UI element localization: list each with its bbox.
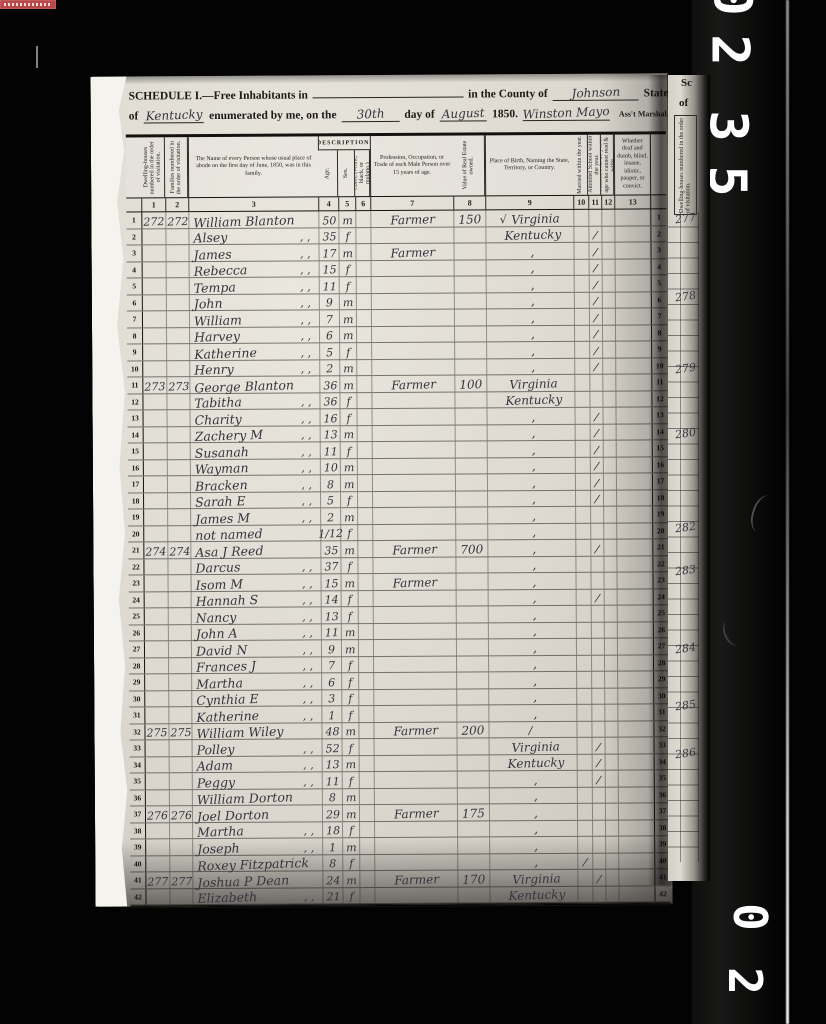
cell-age: 5 [327,494,334,507]
column-header-married: Married within the year. [573,135,588,195]
birth-text: , [532,427,536,440]
cell-sex: f [347,593,351,606]
row-number-left: 31 [129,707,144,723]
ditto-marks: , , [300,280,319,293]
birth-text: Virginia [512,212,561,227]
marshal-field: Winston Mayo [523,106,610,122]
row-number-left: 6 [127,295,142,311]
name-text: William [194,313,242,328]
cell-school-mark: / [593,229,598,242]
cell-color [358,690,373,706]
cell-age: 11 [322,280,336,293]
cell-school-mark: / [593,311,598,324]
cell-color [357,541,372,557]
cell-dwelling: 274 [144,545,166,559]
row-number-left: 3 [127,245,142,261]
name-text: William Blanton [193,213,295,229]
birth-text: , [534,774,538,787]
column-header-remarks: Whether deaf and dumb, blind, insane, id… [614,134,650,194]
ditto-marks: , , [301,362,320,375]
cell-sex: m [346,808,357,821]
ditto-marks: , , [302,560,321,573]
name-text: Katherine [194,345,257,360]
cell-color [356,294,371,310]
cell-color [359,822,374,838]
cell-remarks [615,308,651,324]
row-number-left: 42 [130,889,145,905]
month-field: August [440,106,488,121]
birth-text: , [532,477,536,490]
column-number: 13 [614,195,650,208]
cell-value: 170 [462,873,485,887]
census-page: SCHEDULE I.—Free Inhabitants in in the C… [92,73,672,906]
ditto-marks: , , [302,610,321,623]
cell-sex: f [346,395,350,408]
name-text: John A [196,626,238,640]
name-text: Joel Dorton [197,807,269,822]
cell-color [356,360,371,376]
column-header-dwelling: Dwelling-houses numbered in the order of… [141,137,165,197]
birth-text: , [531,328,535,341]
cell-color [357,442,372,458]
ditto-marks: , , [302,626,321,639]
table-rows: 1 272 272 William Blanton 50 m Farmer 15… [126,209,670,908]
birth-text: , [534,840,538,853]
cell-color [358,640,373,656]
left-margin-header [126,137,141,197]
cell-age: 9 [326,296,333,309]
cell-color [358,607,373,623]
cell-remarks [615,292,651,308]
birth-text: , [531,295,535,308]
cell-sex: f [347,527,351,540]
name-text: Joshua P Dean [197,873,289,889]
schedule-header-line-2: of Kentucky enumerated by me, on the 30t… [129,105,669,123]
ditto-marks: , , [301,428,320,441]
cell-age: 36 [323,395,337,408]
birth-text: Kentucky [507,756,564,771]
cell-age: 7 [326,313,333,326]
row-number-left: 23 [129,575,144,591]
ditto-marks: , , [300,247,319,260]
cell-dwelling: 276 [146,809,168,823]
name-text: Zachery M [194,428,263,443]
cell-sex: f [345,230,349,243]
census-table: Dwelling-houses numbered in the order of… [126,131,671,908]
cell-family: 275 [169,726,191,740]
ditto-marks: , , [303,692,322,705]
cell-color [355,228,370,244]
cell-color [359,871,374,887]
row-number-left: 35 [130,773,145,789]
cell-color [357,558,372,574]
cell-remarks [614,209,650,225]
column-header-illiterate: Persons over 20 y'rs of age who cannot r… [601,135,614,195]
column-header-name: The Name of every Person whose usual pla… [188,136,318,197]
cell-family: 276 [170,808,192,822]
cell-school-mark: / [594,443,599,456]
next-page-of-fragment: of [679,97,688,109]
cell-sex: f [349,775,353,788]
birth-text: , [533,625,537,638]
cell-color [358,706,373,722]
cell-dwelling: 277 [146,875,168,889]
name-text: Tempa [194,280,236,294]
cell-dwelling: 273 [143,380,165,394]
cell-age: 2 [326,362,333,375]
cell-age: 9 [328,643,335,656]
birth-text: , [531,312,535,325]
row-number-left: 33 [130,740,145,756]
row-number-left: 14 [128,427,143,443]
row-number-left: 19 [128,509,143,525]
cell-sex: m [344,577,355,590]
row-number-left: 12 [127,394,142,410]
cell-occupation: Farmer [394,873,439,887]
ditto-marks: , , [304,841,323,854]
ditto-marks: , , [301,445,320,458]
cell-sex: m [342,247,353,260]
column-number: 10 [573,196,588,209]
cell-sex: m [343,461,354,474]
name-text: Polley [196,742,234,756]
cell-sex: f [348,692,352,705]
row-number-left: 20 [128,526,143,542]
row-number-left: 37 [130,806,145,822]
ditto-marks: , , [303,659,322,672]
cell-age: 6 [326,329,333,342]
cell-age: 15 [322,263,336,276]
ditto-marks: , , [303,775,322,788]
name-text: George Blanton [194,378,294,394]
birth-text: , [531,345,535,358]
row-number-left: 8 [127,328,142,344]
cell-remarks [616,424,652,440]
row-number-left: 10 [127,361,142,377]
name-text: Elizabeth [197,890,257,905]
column-number: 3 [188,197,318,211]
cell-age: 1 [328,709,335,722]
cell-remarks [614,242,650,258]
birth-text: , [534,856,538,869]
cell-sex: m [343,313,354,326]
cell-color [359,789,374,805]
cell-color [359,888,374,904]
row-number-left: 30 [129,691,144,707]
ditto-marks: , , [301,412,320,425]
cell-remarks [615,358,651,374]
cell-occupation: Farmer [390,213,435,227]
ditto-marks: , , [302,643,321,656]
cell-value: 150 [458,213,481,227]
birth-text: , [531,279,535,292]
watermark-text-illegible [4,3,50,6]
cell-age: 5 [326,346,333,359]
name-text: William Wiley [196,724,283,740]
birth-text: Virginia [509,377,558,392]
county-handwritten: Johnson [571,85,620,101]
cell-age: 35 [322,230,336,243]
name-text: Sarah E [195,494,246,509]
cell-sex: m [342,296,353,309]
column-header-age: Age. [318,150,338,196]
cell-age: 29 [325,808,339,821]
row-number-left: 25 [129,608,144,624]
birth-text: Kentucky [508,888,565,903]
cell-age: 36 [323,379,337,392]
cell-school-mark: / [594,361,599,374]
county-field: Johnson [553,85,639,101]
row-number-left: 5 [127,278,142,294]
row-number-left: 9 [127,344,142,360]
cell-color [358,591,373,607]
marshal-handwritten: Winston Mayo [523,104,610,122]
cell-school-mark: / [594,492,599,505]
column-header-value: Value of Real Estate owned. [453,135,485,195]
cell-sex: f [346,412,350,425]
row-number-left: 39 [130,839,145,855]
cell-age: 10 [323,461,337,474]
cell-school-mark: / [593,245,598,258]
blank-underline [313,86,463,99]
next-page-schedule-fragment: Sc [681,77,692,89]
microfilm-scan: 0 2 3 5 0 2 SCHEDULE I.—Free Inhabitants… [0,0,826,1024]
cell-sex: m [344,511,355,524]
name-text: John [194,297,223,311]
cell-occupation: Farmer [392,543,437,557]
column-number: 12 [601,196,614,209]
cell-remarks [616,440,652,456]
county-label: in the County of [468,88,548,100]
cell-sex: f [348,709,352,722]
cell-remarks [615,391,651,407]
cell-occupation: Farmer [393,724,438,738]
cell-color [359,805,374,821]
cell-sex: f [348,742,352,755]
cell-color [355,244,370,260]
name-text: James M [195,511,250,526]
cell-age: 2 [327,511,334,524]
column-number: 9 [485,196,573,210]
name-text: Darcus [195,560,240,574]
birth-text: , [532,510,536,523]
cell-color [359,739,374,755]
cell-age: 8 [329,857,336,870]
cell-sex: f [349,890,353,903]
cell-sex: f [346,346,350,359]
row-number-left: 4 [127,262,142,278]
ditto-marks: , , [301,395,320,408]
cell-color [357,409,372,425]
cell-value: 175 [462,807,485,821]
birth-text: , [532,493,536,506]
cell-color [355,211,370,227]
birth-text: , [533,708,537,721]
watermark-badge [0,0,56,9]
cell-occupation: Farmer [392,576,437,590]
cell-color [356,261,371,277]
name-text: not named [195,527,263,542]
name-text: James [193,247,232,261]
cell-sex: m [343,329,354,342]
cell-sex: f [349,857,353,870]
birth-text: , [534,790,538,803]
column-header-profession: Profession, Occupation, or Trade of each… [370,136,453,197]
cell-color [359,855,374,871]
name-text: Nancy [196,610,237,624]
birth-text: , [532,543,536,556]
cell-sex: m [345,725,356,738]
cell-school-mark: / [596,740,601,753]
cell-age: 18 [325,824,339,837]
name-text: Charity [194,412,242,427]
cell-sex: f [345,280,349,293]
cell-color [359,772,374,788]
column-header-birthplace: Place of Birth, Naming the State, Territ… [485,135,573,196]
cell-age: 35 [324,544,338,557]
cell-value: 100 [459,378,482,392]
day-field: 30th [341,107,399,122]
birth-text: , [531,411,535,424]
name-text: Peggy [197,775,236,789]
birth-text: , [532,444,536,457]
birth-text: , [532,460,536,473]
cell-school-mark: / [596,756,601,769]
ditto-marks: , , [303,742,322,755]
row-number-left: 29 [129,674,144,690]
cell-sex: m [344,626,355,639]
ditto-marks: , , [303,758,322,771]
cell-age: 13 [324,610,338,623]
ditto-marks: , , [302,494,321,507]
film-frame-digit: 2 [704,34,756,65]
row-number-left: 13 [128,410,143,426]
name-text: Alsey [193,231,227,245]
film-edge-highlight [786,0,789,1024]
cell-remarks [615,275,651,291]
row-number-left: 22 [128,559,143,575]
row-number-left: 18 [128,493,143,509]
name-text: Martha [197,824,244,839]
cell-age: 13 [323,428,337,441]
row-number-left: 16 [128,460,143,476]
cell-color [356,277,371,293]
cell-age: 17 [322,247,336,260]
cell-sex: m [343,428,354,441]
birth-text: Virginia [512,872,561,887]
row-number-left: 27 [129,641,144,657]
cell-sex: m [345,791,356,804]
cell-family: 277 [170,874,192,888]
table-header: Dwelling-houses numbered in the order of… [126,131,666,198]
ditto-marks: , , [301,346,320,359]
name-text: Katherine [196,708,259,723]
row-number-left: 40 [130,856,145,872]
column-header-families: Families numbered in the order of visita… [165,137,188,197]
cell-remarks [616,473,652,489]
cell-sex: m [346,874,357,887]
row-number-left: 17 [128,476,143,492]
cell-school-mark: / [594,410,599,423]
cell-dwelling: 275 [145,726,167,740]
ditto-marks: , , [300,313,319,326]
day-of-label: day of [404,109,434,121]
cell-age: 3 [328,692,335,705]
ditto-marks: , , [300,230,319,243]
cell-sex: m [346,841,357,854]
ditto-marks: , , [303,676,322,689]
cell-school-mark: / [594,476,599,489]
cell-color [356,393,371,409]
name-text: Bracken [195,478,248,493]
row-number-left: 15 [128,443,143,459]
row-number-left: 28 [129,658,144,674]
cell-age: 37 [324,560,338,573]
ditto-marks: , , [304,824,323,837]
cell-value: 200 [461,724,484,738]
birth-text: , [533,609,537,622]
cell-remarks [615,259,651,275]
row-number-left: 1 [126,212,141,228]
cell-sex: m [342,214,353,227]
cell-color [358,723,373,739]
birth-text: , [534,823,538,836]
cell-age: 8 [329,791,336,804]
column-number: 6 [355,197,370,210]
cell-sex: m [344,544,355,557]
cell-age: 1/12 [318,527,343,541]
next-page-edge: Sc of Dwelling-houses numbered in the or… [668,75,710,881]
birth-text: , [533,642,537,655]
column-number: 11 [588,196,601,209]
cell-dwelling: 272 [142,215,164,229]
film-frame-digit: 0 [706,0,758,16]
cell-age: 24 [326,874,340,887]
cell-sex: f [348,659,352,672]
cell-sex: m [344,478,355,491]
column-number: 1 [141,198,165,211]
cell-school-mark: / [597,872,602,885]
cell-remarks [614,226,650,242]
cell-color [358,574,373,590]
cell-sex: f [347,560,351,573]
cell-sex: m [343,379,354,392]
birth-text: Virginia [511,740,560,755]
name-text: Joseph [197,841,240,855]
cell-age: 11 [323,445,337,458]
ditto-marks: , , [301,329,320,342]
cell-remarks [616,407,652,423]
name-text: Roxey Fitzpatrick [197,856,309,873]
name-text: Harvey [194,329,240,343]
next-page-grid-lines [668,212,699,862]
cell-age: 8 [327,478,334,491]
cell-age: 1 [329,841,336,854]
cell-age: 13 [325,758,339,771]
state-field: Kentucky [143,108,204,123]
cell-age: 50 [322,214,336,227]
name-text: Adam [196,758,233,772]
cell-family: 273 [167,379,189,393]
row-number-left: 32 [129,724,144,740]
row-number-left: 26 [129,625,144,641]
cell-color [358,624,373,640]
column-number: 8 [453,196,485,209]
cell-color [356,310,371,326]
cell-age: 48 [325,725,339,738]
birth-text: , [533,675,537,688]
cell-school-mark: / [596,773,601,786]
